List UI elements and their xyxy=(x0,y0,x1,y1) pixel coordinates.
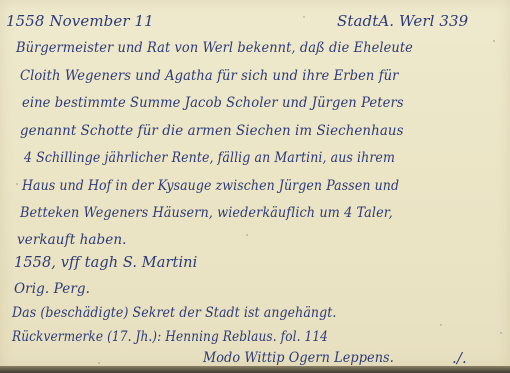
text-line-10: Orig. Perg. xyxy=(14,281,90,297)
text-line-7: Betteken Wegeners Häusern, wiederkäuflic… xyxy=(20,205,393,221)
text-line-4: genannt Schotte für die armen Siechen im… xyxy=(20,123,404,139)
paper-speck xyxy=(246,234,248,236)
text-line-13: Modo Wittip Ogern Leppens. xyxy=(203,350,394,366)
paper-speck xyxy=(440,324,442,326)
archive-reference: StadtA. Werl 339 xyxy=(337,12,468,30)
paper-speck xyxy=(98,362,100,364)
index-card: 1558 November 11 StadtA. Werl 339 Bürger… xyxy=(0,0,510,368)
text-line-8: verkauft haben. xyxy=(17,232,127,248)
text-line-5: 4 Schillinge jährlicher Rente, fällig an… xyxy=(24,150,395,166)
text-line-2: Cloith Wegeners und Agatha für sich und … xyxy=(20,68,399,84)
text-line-1: Bürgermeister und Rat von Werl bekennt, … xyxy=(16,40,413,56)
paper-speck xyxy=(16,183,18,185)
text-line-9: 1558, vff tagh S. Martini xyxy=(14,255,197,271)
text-line-6: Haus und Hof in der Kysauge zwischen Jür… xyxy=(22,178,399,194)
text-line-3: eine bestimmte Summe Jacob Scholer und J… xyxy=(22,95,404,111)
paper-speck xyxy=(493,40,495,42)
card-bottom-shadow xyxy=(0,366,510,373)
paper-speck xyxy=(500,332,502,334)
paper-speck xyxy=(303,16,305,18)
text-line-12: Rückvermerke (17. Jh.): Henning Reblaus.… xyxy=(12,329,328,345)
text-line-11: Das (beschädigte) Sekret der Stadt ist a… xyxy=(12,305,336,321)
header-date: 1558 November 11 xyxy=(6,12,154,30)
end-mark: ./. xyxy=(452,349,467,367)
